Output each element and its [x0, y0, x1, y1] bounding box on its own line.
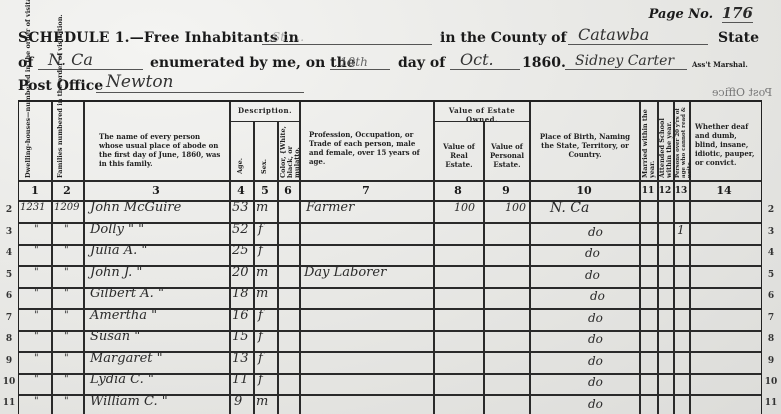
age: 15: [232, 327, 249, 347]
line-number: 2: [2, 205, 16, 215]
person-name: Gilbert A. ": [90, 284, 164, 304]
line-number: 5: [2, 270, 16, 280]
header-family: Families numbered in the order of visita…: [57, 106, 81, 178]
line-number: 11: [2, 398, 16, 408]
family-number: ": [64, 392, 69, 412]
dwelling-number: ": [34, 327, 39, 347]
col-divider: [529, 102, 531, 414]
col-divider: [433, 102, 435, 414]
line-number-right: 10: [764, 377, 778, 387]
birthplace: do: [585, 265, 600, 285]
sex: f: [258, 349, 263, 369]
state-label: State: [718, 30, 759, 46]
family-number: ": [64, 220, 69, 240]
age: 13: [232, 349, 249, 369]
birthplace: do: [588, 351, 603, 371]
person-name: Dolly " ": [90, 220, 144, 240]
header-color: Color, {White, black, or mulatto.: [280, 124, 298, 178]
birthplace: do: [588, 308, 603, 328]
person-name: Susan ": [90, 327, 140, 347]
line-number-right: 3: [764, 227, 778, 237]
birthplace: do: [588, 222, 603, 242]
age: 11: [232, 370, 249, 390]
sex: f: [258, 327, 263, 347]
family-number: ": [64, 370, 69, 390]
birthplace: do: [588, 372, 603, 392]
page-number-value: 176: [722, 4, 753, 23]
line-number: 4: [2, 248, 16, 258]
line-number: 6: [2, 291, 16, 301]
person-name: John J. ": [90, 263, 142, 283]
family-number: ": [64, 241, 69, 261]
col-divider: [689, 102, 691, 414]
person-name: Julia A. ": [90, 241, 147, 261]
header-real-estate: Value of Real Estate.: [437, 142, 481, 169]
col-number: 13: [673, 182, 689, 200]
personal-estate-value: 100: [505, 198, 526, 218]
birthplace: do: [585, 243, 600, 263]
dwelling-number: ": [34, 392, 39, 412]
line-number-right: 7: [764, 313, 778, 323]
col-number: 14: [689, 182, 759, 200]
post-office-field: Newton: [96, 78, 304, 93]
family-number: ": [64, 327, 69, 347]
birthplace: do: [588, 329, 603, 349]
col-divider: [483, 122, 485, 414]
header-birthplace: Place of Birth, Naming the State, Territ…: [533, 132, 637, 159]
mirrored-post-office: Post Office: [712, 81, 772, 100]
header-description-group: Description.: [231, 106, 299, 115]
description-group-rule: [229, 121, 301, 122]
age: 20: [232, 263, 249, 283]
header-occupation: Profession, Occupation, or Trade of each…: [309, 130, 427, 166]
line-number-right: 9: [764, 356, 778, 366]
line-number-right: 6: [764, 291, 778, 301]
page-number-label: Page No.: [649, 7, 714, 22]
header-school: Attended School within the year.: [659, 106, 673, 178]
header-dwelling: Dwelling-houses—numbered in the order of…: [25, 106, 49, 178]
age: 25: [232, 241, 249, 261]
family-number: ": [64, 349, 69, 369]
dwelling-number: ": [34, 284, 39, 304]
enumerated-label: enumerated by me, on the: [150, 55, 356, 71]
col-number: 11: [639, 182, 657, 200]
person-name: Lydia C. ": [90, 370, 154, 390]
township-field: St. ...: [262, 30, 432, 45]
dwelling-number: ": [34, 306, 39, 326]
day-field: 10th: [330, 55, 390, 70]
col-number: 12: [657, 182, 673, 200]
marshal-label: Ass't Marshal.: [692, 60, 748, 69]
family-number: ": [64, 306, 69, 326]
dwelling-number: ": [34, 241, 39, 261]
age: 16: [232, 306, 249, 326]
year-label: 1860.: [522, 55, 566, 71]
age: 53: [232, 198, 249, 218]
line-number-right: 4: [764, 248, 778, 258]
col-divider: [229, 102, 231, 414]
dwelling-number: ": [34, 220, 39, 240]
marshal-field: Sidney Carter: [565, 55, 687, 70]
header-married: Married within the year.: [642, 106, 656, 178]
header-condition: Whether deaf and dumb, blind, insane, id…: [695, 122, 757, 167]
line-number: 3: [2, 227, 16, 237]
person-name: William C. ": [90, 392, 168, 412]
sex: f: [258, 241, 263, 261]
occupation: Day Laborer: [304, 263, 386, 283]
sex: f: [258, 306, 263, 326]
county-field: Catawba: [568, 30, 708, 45]
dwelling-number: ": [34, 370, 39, 390]
line-number-right: 8: [764, 334, 778, 344]
illiterate-mark: 1: [677, 220, 685, 240]
line-number: 10: [2, 377, 16, 387]
dwelling-number: ": [34, 263, 39, 283]
day-of-label: day of: [398, 55, 445, 71]
birthplace: do: [590, 286, 605, 306]
header-sex: Sex.: [261, 152, 268, 174]
age: 18: [232, 284, 249, 304]
sex: f: [258, 370, 263, 390]
age: 52: [232, 220, 249, 240]
occupation: Farmer: [306, 198, 354, 218]
header-illiterate: Persons over 20 y'rs of age who cannot r…: [675, 106, 689, 178]
line-number-right: 11: [764, 398, 778, 408]
header-estate-group: Value of Estate Owned.: [435, 106, 529, 124]
page-number: Page No. 176: [649, 4, 753, 22]
person-name: Margaret ": [90, 349, 163, 369]
birthplace: do: [588, 394, 603, 414]
line-number-right: 5: [764, 270, 778, 280]
person-name: John McGuire: [90, 198, 181, 218]
sex: m: [256, 284, 268, 304]
col-divider: [51, 102, 53, 414]
month-field: Oct.: [450, 55, 520, 70]
header-personal-estate: Value of Personal Estate.: [487, 142, 527, 169]
header-name: The name of every person whose usual pla…: [99, 132, 221, 168]
line-number: 8: [2, 334, 16, 344]
birthplace: N. Ca: [550, 198, 589, 218]
family-number: ": [64, 263, 69, 283]
col-number: 6: [277, 182, 299, 200]
col-divider: [83, 102, 85, 414]
header-age: Age.: [237, 152, 244, 174]
line-number: 7: [2, 313, 16, 323]
age: 9: [234, 392, 242, 412]
dwelling-number: ": [34, 349, 39, 369]
sex: m: [256, 263, 268, 283]
sex: m: [256, 392, 268, 412]
family-number: 1209: [54, 198, 79, 218]
line-number-right: 2: [764, 205, 778, 215]
state-field: N. Ca: [38, 55, 143, 70]
sex: f: [258, 220, 263, 240]
person-name: Amertha ": [90, 306, 157, 326]
county-label: in the County of: [440, 30, 566, 46]
family-number: ": [64, 284, 69, 304]
dwelling-number: 1231: [20, 198, 45, 218]
real-estate-value: 100: [454, 198, 475, 218]
col-divider: [253, 122, 255, 414]
line-number: 9: [2, 356, 16, 366]
sex: m: [256, 198, 268, 218]
